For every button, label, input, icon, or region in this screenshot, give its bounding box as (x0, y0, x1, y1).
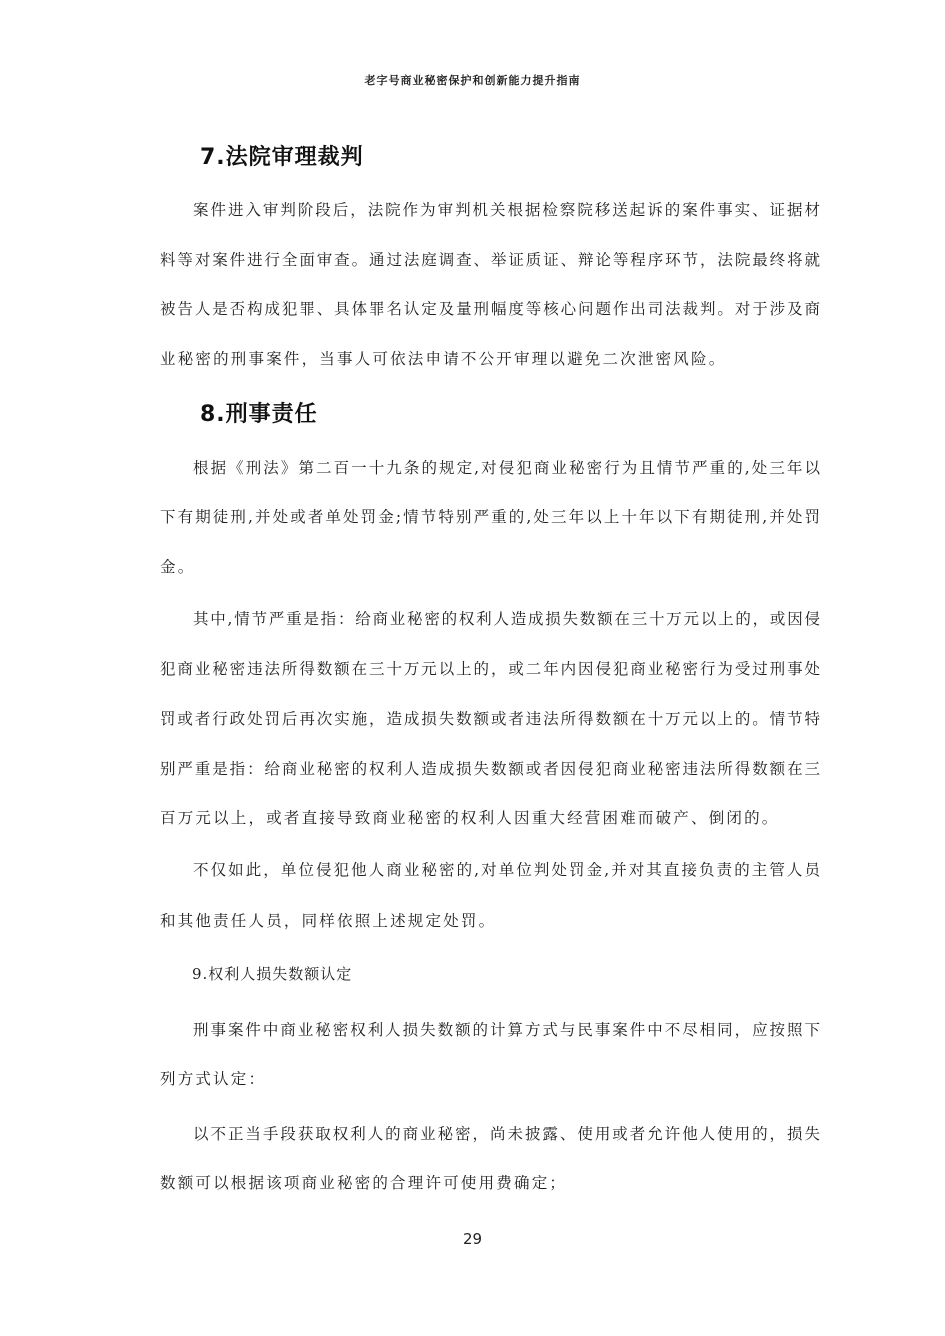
paragraph-line: 不仅如此，单位侵犯他人商业秘密的,对单位判处罚金,并对其直接负责的主管人员 (193, 858, 820, 880)
paragraph-line: 刑事案件中商业秘密权利人损失数额的计算方式与民事案件中不尽相同，应按照下 (193, 1018, 820, 1040)
paragraph-line: 案件进入审判阶段后，法院作为审判机关根据检察院移送起诉的案件事实、证据材 (193, 198, 820, 220)
paragraph-line: 百万元以上，或者直接导致商业秘密的权利人因重大经营困难而破产、倒闭的。 (160, 806, 820, 828)
paragraph-line: 犯商业秘密违法所得数额在三十万元以上的，或二年内因侵犯商业秘密行为受过刑事处 (160, 657, 820, 679)
paragraph-line: 罚或者行政处罚后再次实施，造成损失数额或者违法所得数额在十万元以上的。情节特 (160, 707, 820, 729)
paragraph-line: 被告人是否构成犯罪、具体罪名认定及量刑幅度等核心问题作出司法裁判。对于涉及商 (160, 297, 820, 319)
paragraph-line: 下有期徒刑,并处或者单处罚金;情节特别严重的,处三年以上十年以下有期徒刑,并处罚 (160, 505, 820, 527)
section-heading-8: 8.刑事责任 (200, 397, 318, 428)
paragraph-line: 根据《刑法》第二百一十九条的规定,对侵犯商业秘密行为且情节严重的,处三年以 (193, 456, 820, 478)
paragraph-line: 数额可以根据该项商业秘密的合理许可使用费确定； (160, 1171, 820, 1193)
paragraph-line: 金。 (160, 555, 820, 577)
paragraph-line: 料等对案件进行全面审查。通过法庭调查、举证质证、辩论等程序环节，法院最终将就 (160, 248, 820, 270)
section-heading-7: 7.法院审理裁判 (200, 140, 364, 171)
section-subheading-9: 9.权利人损失数额认定 (192, 963, 352, 984)
paragraph-line: 其中,情节严重是指：给商业秘密的权利人造成损失数额在三十万元以上的，或因侵 (193, 607, 820, 629)
paragraph-line: 列方式认定： (160, 1067, 820, 1089)
paragraph-line: 别严重是指：给商业秘密的权利人造成损失数额或者因侵犯商业秘密违法所得数额在三 (160, 757, 820, 779)
page-header: 老字号商业秘密保护和创新能力提升指南 (0, 72, 945, 88)
paragraph-line: 以不正当手段获取权利人的商业秘密，尚未披露、使用或者允许他人使用的，损失 (193, 1122, 820, 1144)
page-number: 29 (0, 1230, 945, 1248)
paragraph-line: 和其他责任人员，同样依照上述规定处罚。 (160, 909, 820, 931)
paragraph-line: 业秘密的刑事案件，当事人可依法申请不公开审理以避免二次泄密风险。 (160, 347, 820, 369)
